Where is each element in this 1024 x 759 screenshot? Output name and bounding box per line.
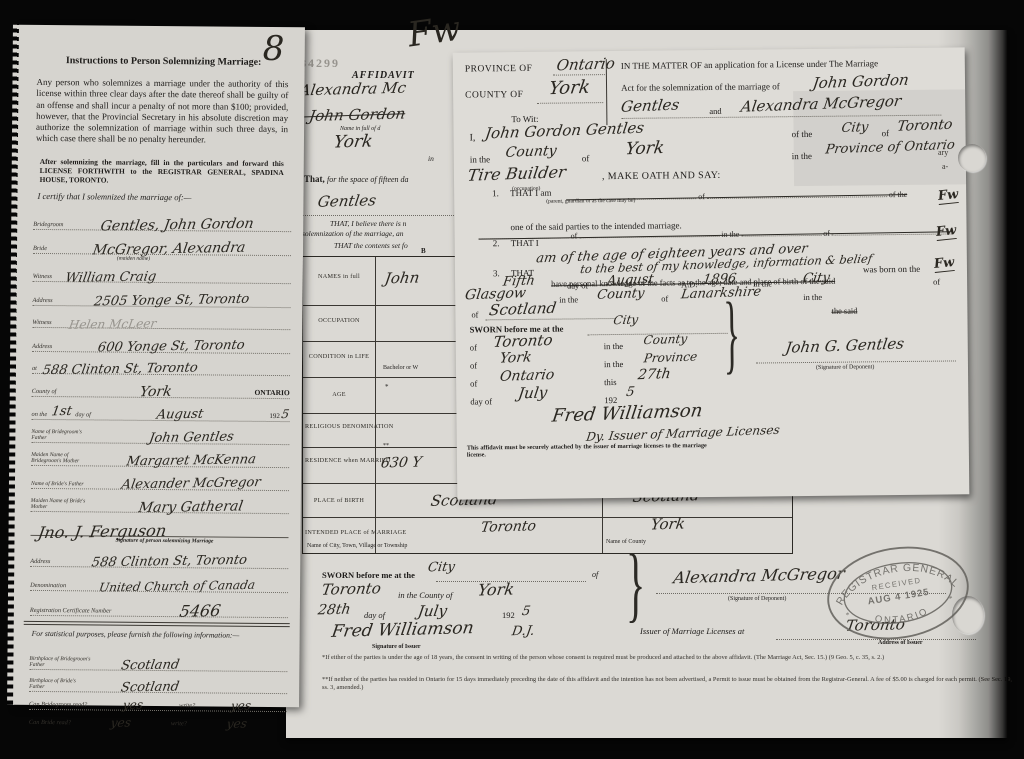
oath-text: , MAKE OATH AND SAY:: [602, 170, 721, 182]
footnote-1: *If either of the parties is under the a…: [322, 654, 1012, 662]
row-witness2: Witness Helen McLeer: [32, 307, 290, 330]
sworn-of2: of: [470, 360, 477, 370]
bride-value: McGregor, Alexandra: [46, 242, 293, 256]
sworn-this: this: [604, 377, 617, 387]
that2-line1: THAT, I believe there is n: [330, 219, 406, 228]
county-value: York: [55, 385, 256, 398]
bride-father-label: Name of Bride's Father: [31, 481, 93, 489]
county-name: York: [624, 138, 665, 159]
groom-father-label: Name of Bridegroom's Father: [31, 429, 93, 443]
instructions-title: Instructions to Person Solemnizing Marri…: [49, 55, 279, 68]
item3-born-text: was born on the: [863, 264, 920, 275]
dotted-rule: [756, 359, 956, 363]
stat4-write-label: write?: [171, 720, 187, 728]
edge-fragment-1: ary: [938, 148, 948, 157]
item2-number: 2.: [493, 238, 500, 248]
denomination-value: United Church of Canada: [65, 579, 290, 593]
city-name: Toronto: [896, 117, 953, 135]
mid-sworn-text: SWORN before me at the: [322, 570, 415, 580]
mid-issuer-dj: D.J.: [511, 624, 536, 640]
row-address3: Address 588 Clinton St, Toronto: [30, 545, 288, 569]
denomination-label: Denomination: [30, 582, 66, 590]
bridegroom-value: Gentles, John Gordon: [62, 218, 292, 232]
in-the-label-2: in the: [792, 151, 812, 161]
item3-county: Lanarkshire: [680, 284, 762, 302]
sworn-day: 27th: [637, 366, 672, 383]
cell-condition: Bachelor or W: [383, 365, 418, 371]
residence-star: **: [383, 443, 389, 449]
address3-value: 588 Clinton St, Toronto: [49, 555, 290, 569]
row-groom-father: Name of Bridegroom's Father John Gentles: [31, 421, 289, 445]
date-of-label: day of: [75, 411, 91, 419]
at-value: 588 Clinton St, Toronto: [36, 362, 292, 376]
province-value: Ontario: [555, 54, 616, 74]
handwritten-county: York: [332, 132, 374, 153]
deponent-name: John Gordon Gentles: [484, 119, 645, 143]
mid-sworn-year: 5: [521, 604, 532, 619]
row-label-age: AGE: [305, 391, 373, 398]
handwritten-surname: Gentles: [317, 191, 378, 211]
punch-hole-top: [958, 144, 986, 172]
dotted-rule: [302, 214, 454, 216]
solemnizer-signature: Jno. J. Ferguson: [29, 524, 290, 538]
county-word: County: [504, 143, 557, 161]
cell-intended-county: York: [650, 515, 687, 534]
of-the-label: of the: [791, 129, 812, 139]
bride-mother-value: Mary Gatheral: [92, 501, 290, 514]
margin-initials-2: Fw: [935, 223, 957, 241]
margin-initials-1: Fw: [937, 187, 959, 205]
left-sheet: 8 Instructions to Person Solemnizing Mar…: [13, 25, 305, 707]
bride-father-value: Alexander McGregor: [92, 478, 290, 491]
deponent-signature-label: (Signature of Deponent): [816, 364, 874, 371]
row-address2: Address 600 Yonge St, Toronto: [32, 329, 290, 354]
witness2-value: Helen McLeer: [50, 316, 291, 330]
mid-sworn-day: 28th: [317, 602, 352, 619]
item3-of2: of: [661, 294, 668, 303]
in-the-label: in the: [470, 154, 490, 164]
row-groom-mother: Maiden Name of Bridegroom's Mother Marga…: [31, 444, 289, 468]
item3-number: 3.: [493, 268, 500, 278]
sworn-month: July: [517, 383, 549, 402]
dotted-rule: [485, 317, 615, 320]
stats-heading: For statistical purposes, please furnish…: [32, 629, 284, 640]
stamp-star-right: *: [948, 594, 953, 604]
row-label-condition: CONDITION in LIFE: [305, 353, 373, 360]
sworn-city: Toronto: [492, 331, 554, 351]
i-label: I,: [470, 132, 476, 143]
sworn-of3: of: [470, 378, 477, 388]
province-label: PROVINCE OF: [465, 64, 533, 75]
county-label: County of: [32, 388, 57, 396]
that2-line2: solemnization of the marriage, an: [302, 229, 403, 238]
address2-label: Address: [32, 343, 52, 351]
cell-intended-city: Toronto: [480, 518, 538, 535]
sworn-inthe1: in the: [604, 341, 623, 351]
sworn-inthe2: in the: [604, 359, 623, 369]
item3-struck: the said: [832, 306, 858, 315]
sworn-county: York: [499, 349, 533, 366]
intended-city-note: Name of City, Town, Village or Township: [307, 543, 407, 549]
item2-text: THAT I: [511, 238, 539, 248]
item1-text: THAT I am: [510, 188, 551, 198]
that-italic: for the space of fifteen da: [327, 175, 409, 184]
groom-father-value: John Gentles: [92, 432, 290, 445]
address3-label: Address: [30, 558, 50, 566]
row-label-occupation: OCCUPATION: [305, 317, 373, 324]
row-bridegroom: Bridegroom Gentles, John Gordon: [33, 207, 291, 232]
footnote-2: **If neither of the parties has resided …: [322, 676, 1012, 691]
row-date: on the 1st day of August 192 5: [32, 398, 290, 422]
city-word: City: [840, 120, 869, 136]
item1-note: (parent, guardian or as the case may be): [546, 198, 635, 205]
reg-no-label: Registration Certificate Number: [30, 607, 112, 616]
matter-groom: John Gordon: [812, 71, 911, 93]
row-label-religion: RELIGIOUS DENOMINATION: [305, 423, 373, 430]
mid-sworn-year-prefix: 192: [502, 610, 515, 620]
sworn-of1: of: [470, 342, 477, 352]
row-county: County of York ONTARIO: [32, 375, 290, 399]
stat1-value: Scotland: [90, 659, 288, 672]
row-label-birth: PLACE of BIRTH: [305, 497, 373, 504]
sworn-year: 5: [625, 385, 635, 400]
address1-value: 2505 Yonge St, Toronto: [51, 294, 292, 308]
that3-line: THAT the contents set fo: [334, 241, 408, 250]
item3-inthe3: in the: [803, 293, 822, 302]
sworn-prov: Ontario: [499, 367, 556, 385]
item3-county-word: County: [596, 286, 645, 303]
row-denomination: Denomination United Church of Canada: [30, 568, 288, 593]
row-registration-number: Registration Certificate Number 5466: [30, 593, 288, 618]
mid-sworn-dayof: day of: [364, 610, 385, 620]
handwritten-groom-name: I, John Gordon: [292, 105, 406, 126]
brace-glyph: }: [626, 534, 645, 633]
dotted-rule: [553, 73, 605, 76]
item1-l2of2: of: [823, 229, 830, 238]
row-address1: Address 2505 Yonge St, Toronto: [33, 283, 291, 308]
row-stat4: Can Bride read? yes write? yes: [29, 709, 287, 729]
mid-sworn-of: of: [592, 570, 598, 579]
table-divider-1: [375, 257, 376, 553]
issuer-title: Dy. Issuer of Marriage Licenses: [585, 423, 780, 444]
svg-text:ONTARIO: ONTARIO: [872, 605, 931, 629]
item3-of3: of: [471, 310, 478, 319]
address1-label: Address: [33, 297, 53, 305]
stat1-label: Birthplace of Bridegroom's Father: [29, 656, 91, 670]
item1-ofthe: of the: [889, 190, 908, 199]
right-sheet: PROVINCE OF Ontario COUNTY OF York To Wi…: [453, 47, 970, 499]
sworn-county-word: County: [643, 332, 689, 348]
stat4-write: yes: [186, 718, 288, 730]
sworn-dayof: day of: [470, 396, 492, 406]
matter-line1: IN THE MATTER OF an application for a Li…: [621, 58, 878, 71]
sworn-city-word: City: [612, 312, 639, 327]
witness1-value: William Craig: [51, 270, 292, 284]
and-label: and: [709, 106, 721, 116]
groom-mother-value: Margaret McKenna: [92, 455, 290, 468]
row-bride-mother: Maiden Name of Bride's Mother Mary Gathe…: [31, 490, 289, 514]
deponent-signature: John G. Gentles: [784, 334, 905, 356]
stamp-arc-bottom-text: ONTARIO: [872, 605, 931, 629]
edge-fragment-2: a-: [942, 162, 948, 171]
cell-groom-name: John: [384, 269, 421, 288]
condition-star: *: [385, 383, 389, 391]
of-word: of: [881, 128, 889, 138]
issuer-signature: Fred Williamson: [551, 400, 704, 427]
of-word-2: of: [582, 153, 590, 163]
instructions-paragraph: Any person who solemnizes a marriage und…: [36, 77, 289, 147]
row-stat1: Birthplace of Bridegroom's Father Scotla…: [29, 649, 287, 672]
stat2-label: Birthplace of Bride's Father: [29, 678, 91, 692]
bride-mother-label: Maiden Name of Bride's Mother: [31, 498, 93, 512]
item1-l2of: of: [571, 231, 578, 240]
occupation-value: Tire Builder: [466, 162, 567, 185]
table-header-fragment: B: [421, 247, 426, 255]
certify-line: I certify that I solemnized the marriage…: [37, 191, 191, 202]
county-label: COUNTY OF: [465, 90, 523, 101]
in-label: in: [428, 154, 434, 163]
item1-l2inthe: in the: [721, 230, 739, 239]
margin-initials-3: Fw: [933, 255, 955, 273]
item3-of: of: [933, 278, 940, 287]
mid-deponent-sig-label: (Signature of Deponent): [728, 596, 786, 602]
dotted-rule: [537, 101, 603, 104]
stat4-label: Can Bride read?: [29, 719, 71, 727]
mid-issuer-at-label: Issuer of Marriage Licenses at: [640, 626, 744, 636]
row-label-names: NAMES in full: [305, 273, 373, 280]
province-label: ONTARIO: [254, 388, 289, 398]
blank: [832, 224, 952, 235]
that-bold: That,: [304, 174, 325, 184]
row-at: at 588 Clinton St, Toronto: [32, 352, 290, 376]
mid-issuer-sig-label: Signature of Issuer: [372, 644, 421, 650]
bridegroom-label: Bridegroom: [33, 221, 63, 229]
handwritten-bride-name: Alexandra Mc: [298, 79, 407, 100]
item3-dayof: day of: [567, 281, 588, 290]
date-year: 5: [279, 407, 291, 421]
item3-country: Scotland: [488, 299, 558, 319]
date-pre-label: on the: [32, 411, 48, 419]
reg-no-value: 5466: [110, 605, 289, 618]
row-label-residence: RESIDENCE when MARRIED: [305, 457, 373, 464]
date-month: August: [90, 409, 271, 422]
county-value: York: [548, 77, 592, 100]
item3-inthe2: in the: [559, 295, 578, 304]
item1-of: of: [698, 192, 705, 201]
sworn-prov-word: Province: [643, 349, 698, 365]
date-day: 1st: [46, 404, 77, 419]
mid-sworn-county-label: in the County of: [398, 590, 453, 600]
item1-closing: one of the said parties to the intended …: [510, 220, 681, 232]
stat3-write-label: write?: [179, 702, 195, 710]
brace-glyph: }: [723, 287, 740, 386]
stat4-read: yes: [70, 717, 172, 729]
mid-sworn-month: July: [417, 602, 449, 621]
forwarding-mark: Fw: [405, 9, 463, 56]
matter-line2: Act for the solemnization of the marriag…: [621, 81, 780, 93]
row-label-intended: INTENDED PLACE of MARRIAGE: [305, 529, 373, 536]
row-solemnizer-signature: Jno. J. Ferguson: [31, 513, 289, 538]
cell-residence: 630 Y: [380, 454, 423, 471]
row-witness1: Witness William Craig: [33, 259, 291, 284]
right-footer-note: This affidavit must be securely attached…: [467, 442, 707, 459]
bride-label: Bride: [33, 245, 47, 253]
item3-city-word: City: [802, 270, 831, 286]
row-bride-father: Name of Bride's Father Alexander McGrego…: [31, 467, 289, 491]
mid-issuer-signature: Fred Williamson: [330, 618, 475, 642]
matter-groom2: Gentles: [620, 96, 681, 116]
double-rule-bottom: [24, 624, 290, 627]
scanned-marriage-record: 084299 AFFIDAVIT Alexandra Mc I, John Go…: [0, 0, 1024, 759]
forward-note: After solemnizing the marriage, fill in …: [40, 157, 284, 186]
mid-sworn-city: City: [427, 560, 456, 576]
witness1-label: Witness: [33, 273, 52, 281]
row-line: [303, 517, 792, 518]
mid-sworn-toronto: Toronto: [321, 579, 383, 599]
item1-number: 1.: [492, 188, 499, 198]
row-bride: Bride McGregor, Alexandra: [33, 231, 291, 256]
witness2-label: Witness: [32, 319, 51, 327]
solemnizer-sig-label: Signature of person solemnizing Marriage: [84, 537, 244, 544]
mid-sworn-county: York: [476, 580, 515, 600]
blank: [707, 187, 887, 199]
groom-mother-label: Maiden Name of Bridegroom's Mother: [31, 452, 93, 466]
blank: [741, 226, 821, 237]
